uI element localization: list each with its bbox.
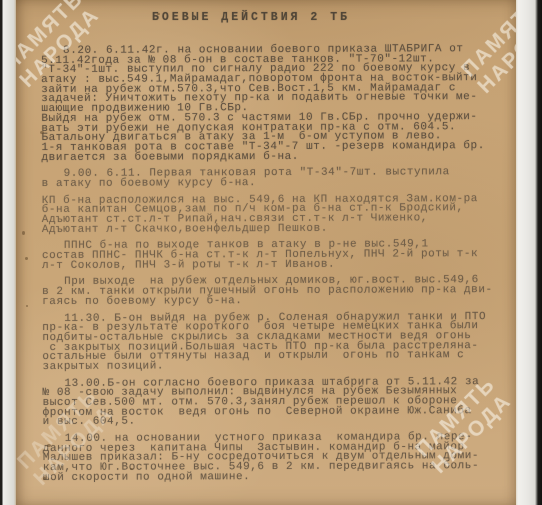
text-line: гаясь по боевому курсу б-на. [42,296,504,308]
scanner-margin-left [0,0,17,505]
paper-speck [26,305,28,307]
paper-speck [130,468,133,470]
paragraph: 11.30. Б-он выйдя на рубеж р. Соленая об… [42,312,504,372]
paragraph: 14.00. на основании устного приказа кома… [43,433,505,483]
paper-speck [25,257,28,260]
paragraph: 9.00. 6.11. Первая танковая рота "Т-34"-… [42,168,504,189]
paragraph: 13.00.Б-он согласно боевого приказа штаб… [42,378,504,428]
paragraph: КП б-на расположился на выс. 549,6 на КП… [42,195,504,236]
paper-speck [22,231,25,235]
document-title: БОЕВЫЕ ДЕЙСТВИЯ 2 ТБ [16,11,486,24]
text-line: двигается за боевыми порядками б-на. [41,152,503,164]
text-line: Адъютант л-т Скачко,военфельдшер Пешков. [42,224,504,236]
scanned-document-page: { "colors": { "paper": "#c5a173", "ink":… [0,0,542,505]
text-line: закрытых позиций. [42,361,504,373]
paragraph: При выходе на рубеж отдельных домиков, ю… [42,276,504,307]
scanner-margin-right [515,0,542,505]
paragraph: ППНС б-на по выходе танков в атаку в р-н… [42,240,504,271]
text-line: в атаку по боевому курсу б-на. [42,178,504,190]
text-line: и выс. 604,5. [43,416,505,428]
text-line: шой скорости по одной машине. [43,472,505,484]
paper-speck [43,477,46,480]
text-line: л-т Соколов, ПНЧ 3-й роты т-к л-т Иванов… [42,260,504,272]
paper-speck [157,13,160,15]
document-paragraphs: 8.20. 6.11.42г. на основании боевого при… [41,45,505,491]
document-paper: БОЕВЫЕ ДЕЙСТВИЯ 2 ТБ 8.20. 6.11.42г. на … [16,0,516,505]
paper-speck [47,444,51,447]
paper-speck [40,131,44,134]
paragraph: 8.20. 6.11.42г. на основании боевого при… [41,45,504,163]
